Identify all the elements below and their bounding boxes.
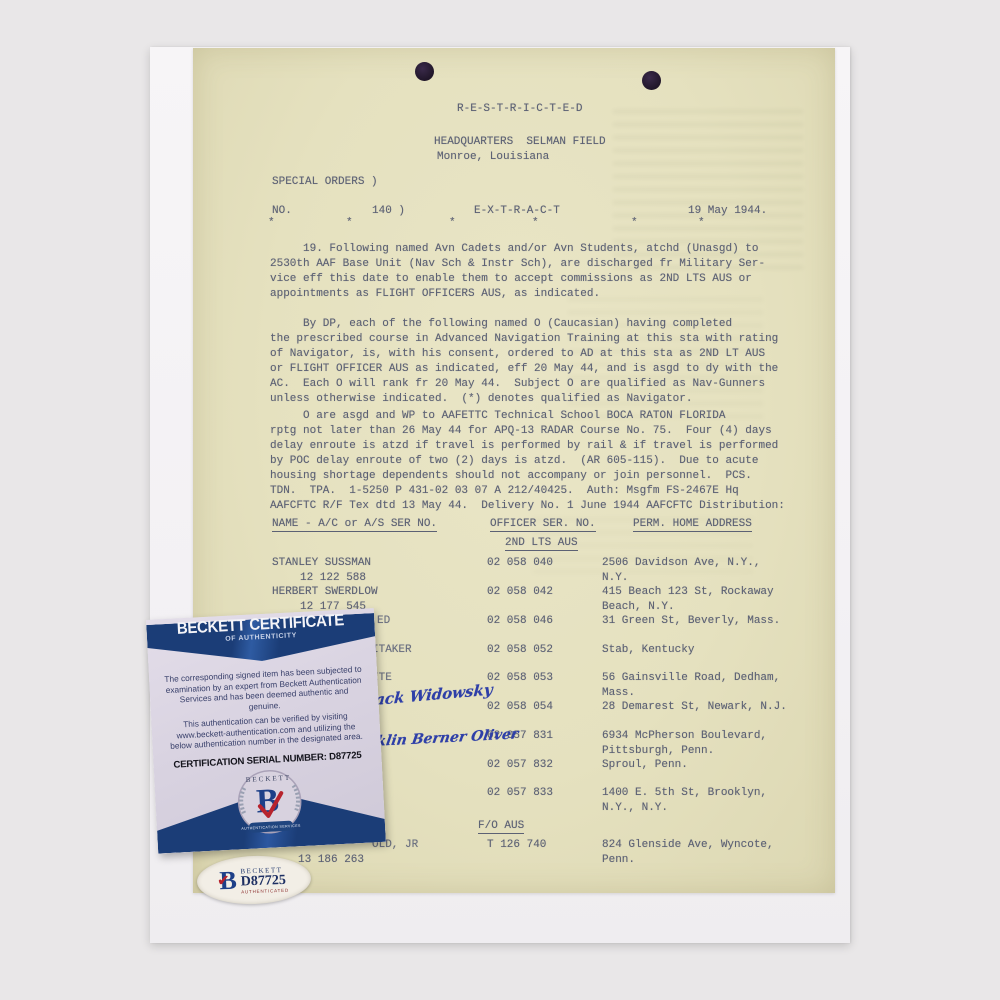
column-header-name: NAME - A/C or A/S SER NO. bbox=[272, 518, 437, 532]
home-address: 28 Demarest St, Newark, N.J. bbox=[602, 700, 787, 715]
officer-serial: 02 058 052 bbox=[487, 643, 553, 658]
cadet-name: STANLEY SUSSMAN bbox=[272, 556, 371, 571]
column-header-home-address: PERM. HOME ADDRESS bbox=[633, 518, 752, 532]
sticker-status: AUTHENTICATED bbox=[241, 887, 289, 894]
paragraph-19: 19. Following named Avn Cadets and/or Av… bbox=[270, 242, 765, 302]
column-header-officer-ser-no: OFFICER SER. NO. bbox=[490, 518, 596, 532]
special-orders-label: SPECIAL ORDERS ) bbox=[272, 175, 378, 190]
cadet-serial: 12 122 588 bbox=[300, 571, 366, 586]
asterisk: * bbox=[698, 216, 705, 231]
officer-serial: 02 058 042 bbox=[487, 585, 553, 600]
home-address-2: Mass. bbox=[602, 686, 635, 701]
home-address-2: N.Y. bbox=[602, 571, 628, 586]
home-address: Sproul, Penn. bbox=[602, 758, 688, 773]
home-address-2: Pittsburgh, Penn. bbox=[602, 744, 714, 759]
cadet-name: HERBERT SWERDLOW bbox=[272, 585, 378, 600]
asterisk: * bbox=[631, 216, 638, 231]
certificate-body-paragraph-2: This authentication can be verified by v… bbox=[164, 710, 367, 752]
asterisk: * bbox=[449, 216, 456, 231]
section-header-fo-aus: F/O AUS bbox=[478, 820, 524, 834]
paragraph-dp: By DP, each of the following named O (Ca… bbox=[270, 317, 778, 407]
beckett-b-logo-icon: B✔ bbox=[219, 868, 237, 895]
extract-label: E-X-T-R-A-C-T bbox=[474, 204, 560, 219]
headquarters-line: HEADQUARTERS SELMAN FIELD bbox=[434, 135, 606, 150]
home-address: 2506 Davidson Ave, N.Y., bbox=[602, 556, 760, 571]
officer-serial: 02 057 833 bbox=[487, 786, 553, 801]
officer-serial: 02 058 040 bbox=[487, 556, 553, 571]
red-check-icon: ✔ bbox=[217, 869, 230, 895]
officer-serial: 02 058 053 bbox=[487, 671, 553, 686]
officer-serial: T 126 740 bbox=[487, 838, 546, 853]
officer-serial: 02 058 046 bbox=[487, 614, 553, 629]
asterisk: * bbox=[532, 216, 539, 231]
home-address-2: Penn. bbox=[602, 853, 635, 868]
beckett-seal-icon: BECKETT B AUTHENTICATION SERVICES bbox=[232, 766, 308, 846]
asterisk: * bbox=[268, 216, 275, 231]
orders-no-value: 140 ) bbox=[372, 204, 405, 219]
cadet-serial: 13 186 263 bbox=[298, 853, 364, 868]
home-address-2: N.Y., N.Y. bbox=[602, 801, 668, 816]
home-address: 1400 E. 5th St, Brooklyn, bbox=[602, 786, 767, 801]
location-line: Monroe, Louisiana bbox=[437, 150, 549, 165]
certificate-body-paragraph-1: The corresponding signed item has been s… bbox=[162, 664, 366, 717]
punch-hole-dot-left bbox=[415, 62, 434, 81]
home-address-2: Beach, N.Y. bbox=[602, 600, 675, 615]
officer-serial: 02 057 832 bbox=[487, 758, 553, 773]
asterisk: * bbox=[346, 216, 353, 231]
home-address: 824 Glenside Ave, Wyncote, bbox=[602, 838, 774, 853]
classification-line: R-E-S-T-R-I-C-T-E-D bbox=[457, 102, 582, 117]
officer-serial: 02 058 054 bbox=[487, 700, 553, 715]
home-address: Stab, Kentucky bbox=[602, 643, 694, 658]
cadet-name-fragment: ITAKER bbox=[372, 643, 412, 658]
cadet-name-fragment: ED bbox=[377, 614, 390, 629]
home-address: 56 Gainsville Road, Dedham, bbox=[602, 671, 780, 686]
punch-hole-dot-right bbox=[642, 71, 661, 90]
beckett-certificate: BECKETT CERTIFICATE OF AUTHENTICITY The … bbox=[146, 608, 386, 854]
home-address: 415 Beach 123 St, Rockaway bbox=[602, 585, 774, 600]
section-header-2nd-lts-aus: 2ND LTS AUS bbox=[505, 537, 578, 551]
home-address: 6934 McPherson Boulevard, bbox=[602, 729, 767, 744]
paragraph-wp: O are asgd and WP to AAFETTC Technical S… bbox=[270, 409, 785, 514]
home-address: 31 Green St, Beverly, Mass. bbox=[602, 614, 780, 629]
